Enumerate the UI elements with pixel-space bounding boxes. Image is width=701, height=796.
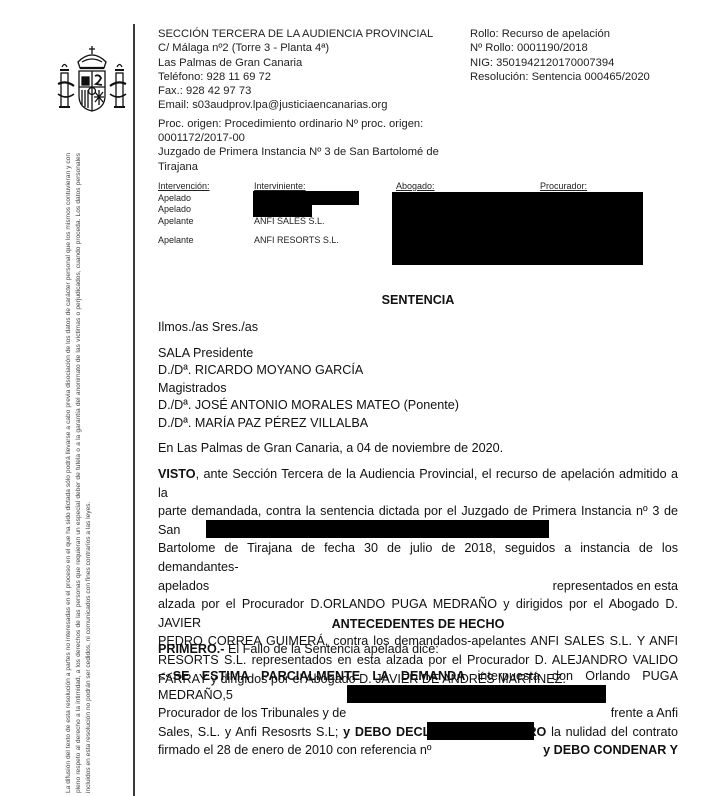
privacy-margin-note: La difusión del texto de esta resolución… xyxy=(64,153,93,793)
party-role: Apelado xyxy=(158,204,210,216)
salutation: Ilmos./as Sres./as xyxy=(158,319,678,337)
magistrate-name: D./Dª. JOSÉ ANTONIO MORALES MATEO (Ponen… xyxy=(158,397,678,415)
court-origin: Juzgado de Primera Instancia Nº 3 de San… xyxy=(158,145,439,159)
redaction-box xyxy=(253,205,312,217)
roll-info: Rollo: Recurso de apelación Nº Rollo: 00… xyxy=(470,27,650,84)
redaction-box xyxy=(347,685,606,703)
roll-nig: NIG: 3501942120170007394 xyxy=(470,56,650,70)
court-email: Email: s03audprov.lpa@justiciaencanarias… xyxy=(158,98,439,112)
proc-origin: Proc. origen: Procedimiento ordinario Nº… xyxy=(158,117,439,131)
parties-role-column: Intervención: Apelado Apelado Apelante A… xyxy=(158,181,210,247)
primero-line: PRIMERO.- El Fallo de la Sentencia apela… xyxy=(158,642,678,656)
sentencia-title: SENTENCIA xyxy=(158,293,678,307)
magistrate-name: D./Dª. MARÍA PAZ PÉREZ VILLALBA xyxy=(158,415,678,433)
party-name: ANFI SALES S.L. xyxy=(254,216,339,228)
header-abogado: Abogado: xyxy=(396,181,435,193)
spanish-coat-of-arms-icon xyxy=(52,40,132,120)
redaction-box xyxy=(253,191,359,205)
redaction-box xyxy=(427,722,534,740)
place-date: En Las Palmas de Gran Canaria, a 04 de n… xyxy=(158,440,678,458)
president-label: SALA Presidente xyxy=(158,345,678,363)
president-name: D./Dª. RICARDO MOYANO GARCÍA xyxy=(158,362,678,380)
antecedentes-title: ANTECEDENTES DE HECHO xyxy=(158,617,678,631)
party-role: Apelante xyxy=(158,235,210,247)
court-origin-cont: Tirajana xyxy=(158,160,439,174)
party-name: ANFI RESORTS S.L. xyxy=(254,235,339,247)
judges-block: Ilmos./as Sres./as SALA Presidente D./Dª… xyxy=(158,319,678,458)
proc-origin-number: 0001172/2017-00 xyxy=(158,131,439,145)
party-role: Apelado xyxy=(158,193,210,205)
magistrates-label: Magistrados xyxy=(158,380,678,398)
header-procurador: Procurador: xyxy=(540,181,587,193)
court-city: Las Palmas de Gran Canaria xyxy=(158,56,439,70)
fallo-paragraph: <<SE ESTIMA PARCIALMENTE LA DEMANDA inte… xyxy=(158,667,678,760)
court-fax: Fax.: 928 42 97 73 xyxy=(158,84,439,98)
roll-type: Rollo: Recurso de apelación xyxy=(470,27,650,41)
roll-resolution: Resolución: Sentencia 000465/2020 xyxy=(470,70,650,84)
court-header: SECCIÓN TERCERA DE LA AUDIENCIA PROVINCI… xyxy=(158,27,439,174)
redaction-box xyxy=(392,192,643,265)
header-intervencion: Intervención: xyxy=(158,181,210,193)
redaction-box xyxy=(206,520,549,538)
visto-lead: VISTO xyxy=(158,467,196,481)
roll-number: Nº Rollo: 0001190/2018 xyxy=(470,41,650,55)
court-address: C/ Málaga nº2 (Torre 3 - Planta 4ª) xyxy=(158,41,439,55)
margin-divider-line xyxy=(133,24,135,796)
court-phone: Teléfono: 928 11 69 72 xyxy=(158,70,439,84)
party-role: Apelante xyxy=(158,216,210,228)
court-name: SECCIÓN TERCERA DE LA AUDIENCIA PROVINCI… xyxy=(158,27,439,41)
